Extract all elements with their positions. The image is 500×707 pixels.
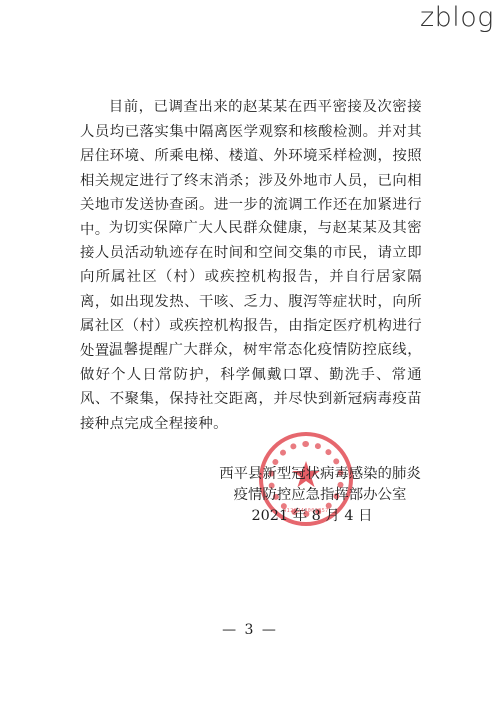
- signature-org-line1: 西平县新型冠状病毒感染的肺炎: [190, 464, 450, 485]
- page-number: — 3 —: [0, 622, 500, 638]
- paragraph-reminder: 温馨提醒广大群众，树牢常态化疫情防控底线，做好个人日常防护，科学佩戴口罩、勤洗手…: [80, 338, 422, 436]
- watermark-text: zblog: [420, 2, 494, 33]
- signature-org-line2: 疫情防控应急指挥部办公室: [190, 485, 450, 506]
- signature-date: 2021 年 8 月 4 日: [182, 506, 442, 527]
